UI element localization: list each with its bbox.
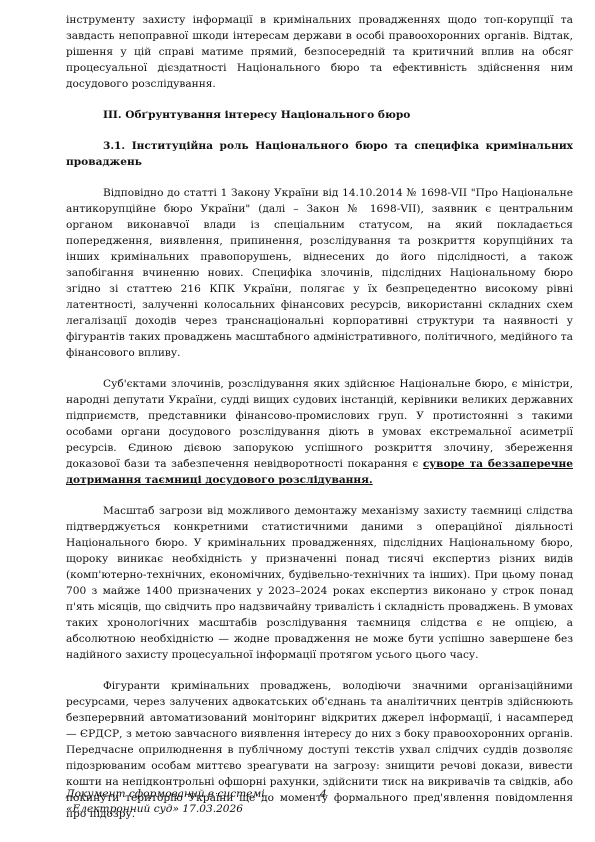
paragraph-subjects-text: Суб'єктами злочинів, розслідування яких … (66, 378, 573, 470)
paragraph-institutional-role: Відповідно до статті 1 Закону України ві… (66, 185, 573, 361)
paragraph-subjects: Суб'єктами злочинів, розслідування яких … (66, 376, 573, 488)
page-number: 4 (320, 787, 327, 802)
footer-line-2: «Електронний суд» 17.03.2026 (66, 802, 265, 817)
subsection-heading: 3.1. Інституційна роль Національного бюр… (66, 138, 573, 170)
section-heading: ІІІ. Обґрунтування інтересу Національног… (66, 107, 573, 123)
paragraph-scale: Масштаб загрози від можливого демонтажу … (66, 503, 573, 663)
footer: Документ сформований в системі «Електрон… (66, 787, 265, 817)
footer-line-1: Документ сформований в системі (66, 787, 265, 802)
document-page: інструменту захисту інформації в криміна… (66, 12, 573, 822)
continuation-paragraph: інструменту захисту інформації в криміна… (66, 12, 573, 92)
